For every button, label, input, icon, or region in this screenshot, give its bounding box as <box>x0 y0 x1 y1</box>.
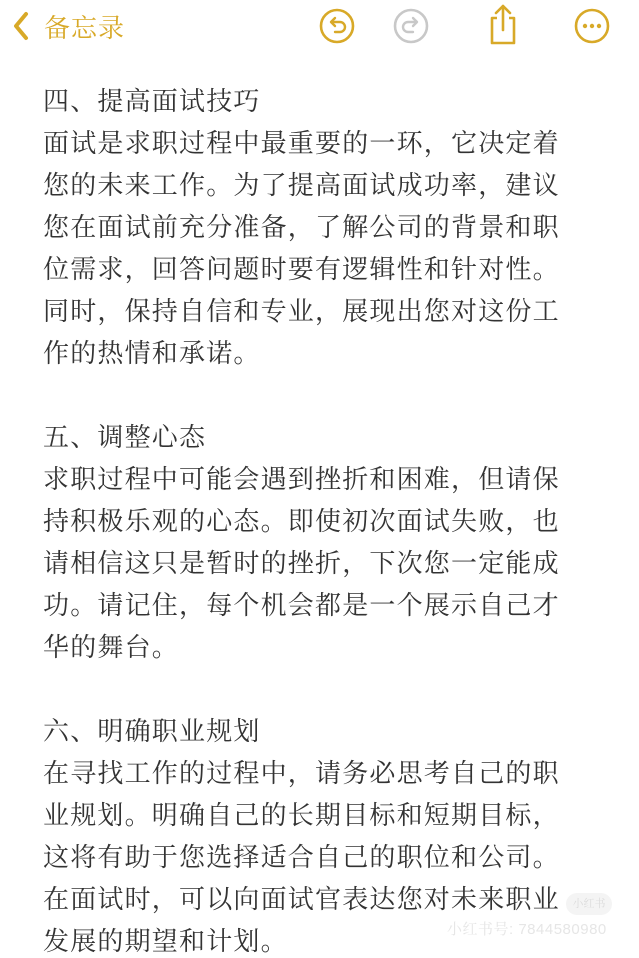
back-button[interactable]: 备忘录 <box>12 6 125 46</box>
note-body[interactable]: 四、提高面试技巧 面试是求职过程中最重要的一环，它决定着 您的未来工作。为了提高… <box>43 81 603 958</box>
paragraph-line: 求职过程中可能会遇到挫折和困难，但请保 <box>43 459 603 501</box>
navigation-bar: 备忘录 <box>0 0 639 56</box>
share-icon <box>483 2 523 46</box>
paragraph-line: 业规划。明确自己的长期目标和短期目标， <box>43 795 603 837</box>
redo-button[interactable] <box>391 6 431 46</box>
paragraph-line: 作的热情和承诺。 <box>43 333 603 375</box>
paragraph-line: 华的舞台。 <box>43 627 603 669</box>
paragraph-line: 面试是求职过程中最重要的一环，它决定着 <box>43 123 603 165</box>
redo-icon <box>391 6 431 46</box>
watermark-text: 小红书号: 7844580980 <box>447 918 607 939</box>
watermark-badge: 小红书 <box>566 893 612 915</box>
paragraph-line: 持积极乐观的心态。即使初次面试失败，也 <box>43 501 603 543</box>
share-button[interactable] <box>483 2 523 42</box>
paragraph-line: 在寻找工作的过程中，请务必思考自己的职 <box>43 753 603 795</box>
paragraph-line: 同时，保持自信和专业，展现出您对这份工 <box>43 291 603 333</box>
section-heading: 四、提高面试技巧 <box>43 81 603 123</box>
more-icon <box>572 6 612 46</box>
back-label: 备忘录 <box>44 8 125 45</box>
more-button[interactable] <box>572 6 612 46</box>
section-heading: 六、明确职业规划 <box>43 711 603 753</box>
paragraph-line: 您在面试前充分准备，了解公司的背景和职 <box>43 207 603 249</box>
blank-line <box>43 375 603 417</box>
paragraph-line: 位需求，回答问题时要有逻辑性和针对性。 <box>43 249 603 291</box>
paragraph-line: 您的未来工作。为了提高面试成功率，建议 <box>43 165 603 207</box>
undo-button[interactable] <box>317 6 357 46</box>
blank-line <box>43 669 603 711</box>
chevron-left-icon <box>12 11 30 41</box>
section-heading: 五、调整心态 <box>43 417 603 459</box>
paragraph-line: 这将有助于您选择适合自己的职位和公司。 <box>43 837 603 879</box>
undo-icon <box>317 6 357 46</box>
paragraph-line: 在面试时，可以向面试官表达您对未来职业 <box>43 879 603 921</box>
paragraph-line: 功。请记住，每个机会都是一个展示自己才 <box>43 585 603 627</box>
paragraph-line: 请相信这只是暂时的挫折，下次您一定能成 <box>43 543 603 585</box>
